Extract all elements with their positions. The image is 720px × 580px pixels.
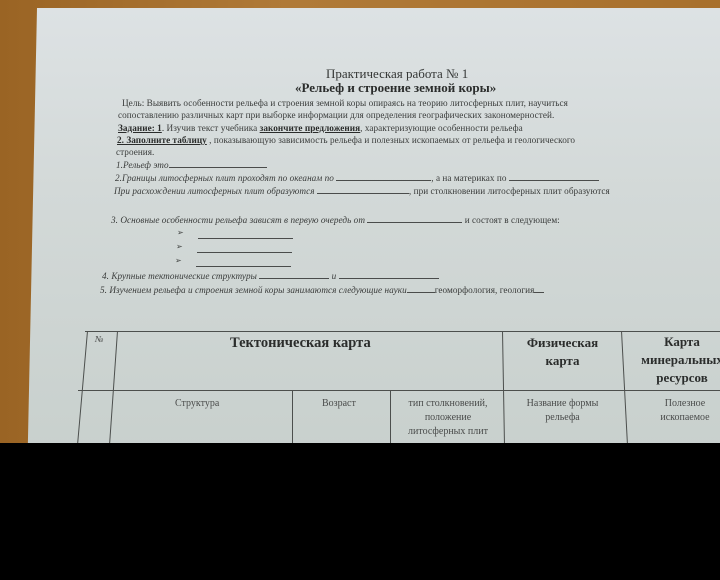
black-letterbox bbox=[0, 443, 720, 580]
table-subheader-mineral: Полезное ископаемое bbox=[630, 397, 720, 425]
question-2-text-c: При расхождении литосферных плит образую… bbox=[114, 186, 315, 196]
collision-line-3: литосферных плит bbox=[392, 425, 504, 439]
mineral-line-2: ископаемое bbox=[630, 411, 720, 425]
question-4: 4. Крупные тектонические структуры и bbox=[102, 270, 439, 281]
task-1-text: . Изучив текст учебника bbox=[162, 123, 260, 133]
answer-blank-3[interactable] bbox=[367, 214, 462, 223]
task-2-continuation: строения. bbox=[116, 147, 154, 157]
task-2-label: 2. Заполните таблицу bbox=[117, 135, 207, 145]
table-subheader-structure: Структура bbox=[175, 397, 219, 411]
table-header-physical-map: Физическая карта bbox=[515, 335, 610, 369]
answer-blank-2b[interactable] bbox=[509, 172, 599, 181]
table-top-border bbox=[85, 331, 720, 332]
answer-blank-2a[interactable] bbox=[336, 172, 431, 181]
question-5-answer: геоморфология, геология bbox=[435, 285, 535, 295]
task-1-emphasis: закончите предложения bbox=[260, 123, 360, 133]
table-header-mineral-line-3: ресурсов bbox=[632, 369, 720, 387]
answer-blank-4b[interactable] bbox=[339, 270, 439, 279]
question-4-and: и bbox=[332, 271, 337, 281]
question-2-text-d: , при столкновении литосферных плит обра… bbox=[409, 186, 610, 196]
mineral-line-1: Полезное bbox=[630, 397, 720, 411]
answer-blank-2c[interactable] bbox=[317, 185, 409, 194]
task-2: 2. Заполните таблицу , показывающую зави… bbox=[117, 135, 575, 145]
table-header-number: № bbox=[95, 334, 104, 344]
task-1-text-end: , характеризующие особенности рельефа bbox=[360, 123, 523, 133]
answer-blank-3-item-1[interactable] bbox=[198, 238, 293, 239]
bullet-arrow-icon: ➢ bbox=[175, 256, 182, 265]
photo: Практическая работа № 1 «Рельеф и строен… bbox=[0, 0, 720, 443]
question-5-text: 5. Изучением рельефа и строения земной к… bbox=[100, 285, 407, 295]
answer-blank-3-item-2[interactable] bbox=[197, 252, 292, 253]
answer-blank-4a[interactable] bbox=[259, 270, 329, 279]
question-2-text-b: , а на материках по bbox=[431, 173, 506, 183]
table-header-physical-line-2: карта bbox=[515, 353, 610, 369]
table-subheader-collision: тип столкновений, положение литосферных … bbox=[392, 397, 504, 439]
question-5: 5. Изучением рельефа и строения земной к… bbox=[100, 284, 544, 295]
question-2: 2.Границы литосферных плит проходят по о… bbox=[115, 172, 599, 183]
answer-blank-5b[interactable] bbox=[534, 284, 544, 293]
question-1: 1.Рельеф это bbox=[116, 159, 267, 170]
answer-blank-3-item-3[interactable] bbox=[196, 266, 291, 267]
bullet-arrow-icon: ➢ bbox=[176, 242, 183, 251]
table-header-mineral-line-2: минеральных bbox=[632, 351, 720, 369]
answer-blank-5a[interactable] bbox=[407, 284, 435, 293]
task-2-text: , показывающую зависимость рельефа и пол… bbox=[207, 135, 575, 145]
question-3-text: 3. Основные особенности рельефа зависят … bbox=[111, 215, 365, 225]
table-col-divider bbox=[390, 390, 391, 443]
table-subheader-landform: Название формы рельефа bbox=[505, 397, 620, 425]
question-3-text-b: и состоят в следующем: bbox=[465, 215, 560, 225]
landform-line-1: Название формы bbox=[505, 397, 620, 411]
question-2-cont: При расхождении литосферных плит образую… bbox=[114, 185, 610, 196]
question-3: 3. Основные особенности рельефа зависят … bbox=[111, 214, 560, 225]
bullet-arrow-icon: ➢ bbox=[177, 228, 184, 237]
task-1: Задание: 1. Изучив текст учебника законч… bbox=[118, 123, 523, 133]
table-col-divider bbox=[292, 390, 293, 443]
table-header-mineral-line-1: Карта bbox=[632, 333, 720, 351]
collision-line-2: положение bbox=[392, 411, 504, 425]
question-1-text: 1.Рельеф это bbox=[116, 160, 169, 170]
table-header-mineral-map: Карта минеральных ресурсов bbox=[632, 333, 720, 387]
answer-blank-1[interactable] bbox=[169, 159, 267, 168]
table-header-tectonic-map: Тектоническая карта bbox=[230, 335, 371, 352]
task-1-label: Задание: 1 bbox=[118, 123, 162, 133]
table-subheader-age: Возраст bbox=[322, 397, 356, 411]
worksheet-subtitle: «Рельеф и строение земной коры» bbox=[295, 80, 496, 96]
goal-line-2: сопоставлению различных карт при выборке… bbox=[118, 110, 554, 120]
collision-line-1: тип столкновений, bbox=[392, 397, 504, 411]
question-2-text: 2.Границы литосферных плит проходят по о… bbox=[115, 173, 334, 183]
goal-line-1: Цель: Выявить особенности рельефа и стро… bbox=[122, 98, 568, 108]
question-4-text: 4. Крупные тектонические структуры bbox=[102, 271, 257, 281]
table-header-physical-line-1: Физическая bbox=[515, 335, 610, 351]
landform-line-2: рельефа bbox=[505, 411, 620, 425]
